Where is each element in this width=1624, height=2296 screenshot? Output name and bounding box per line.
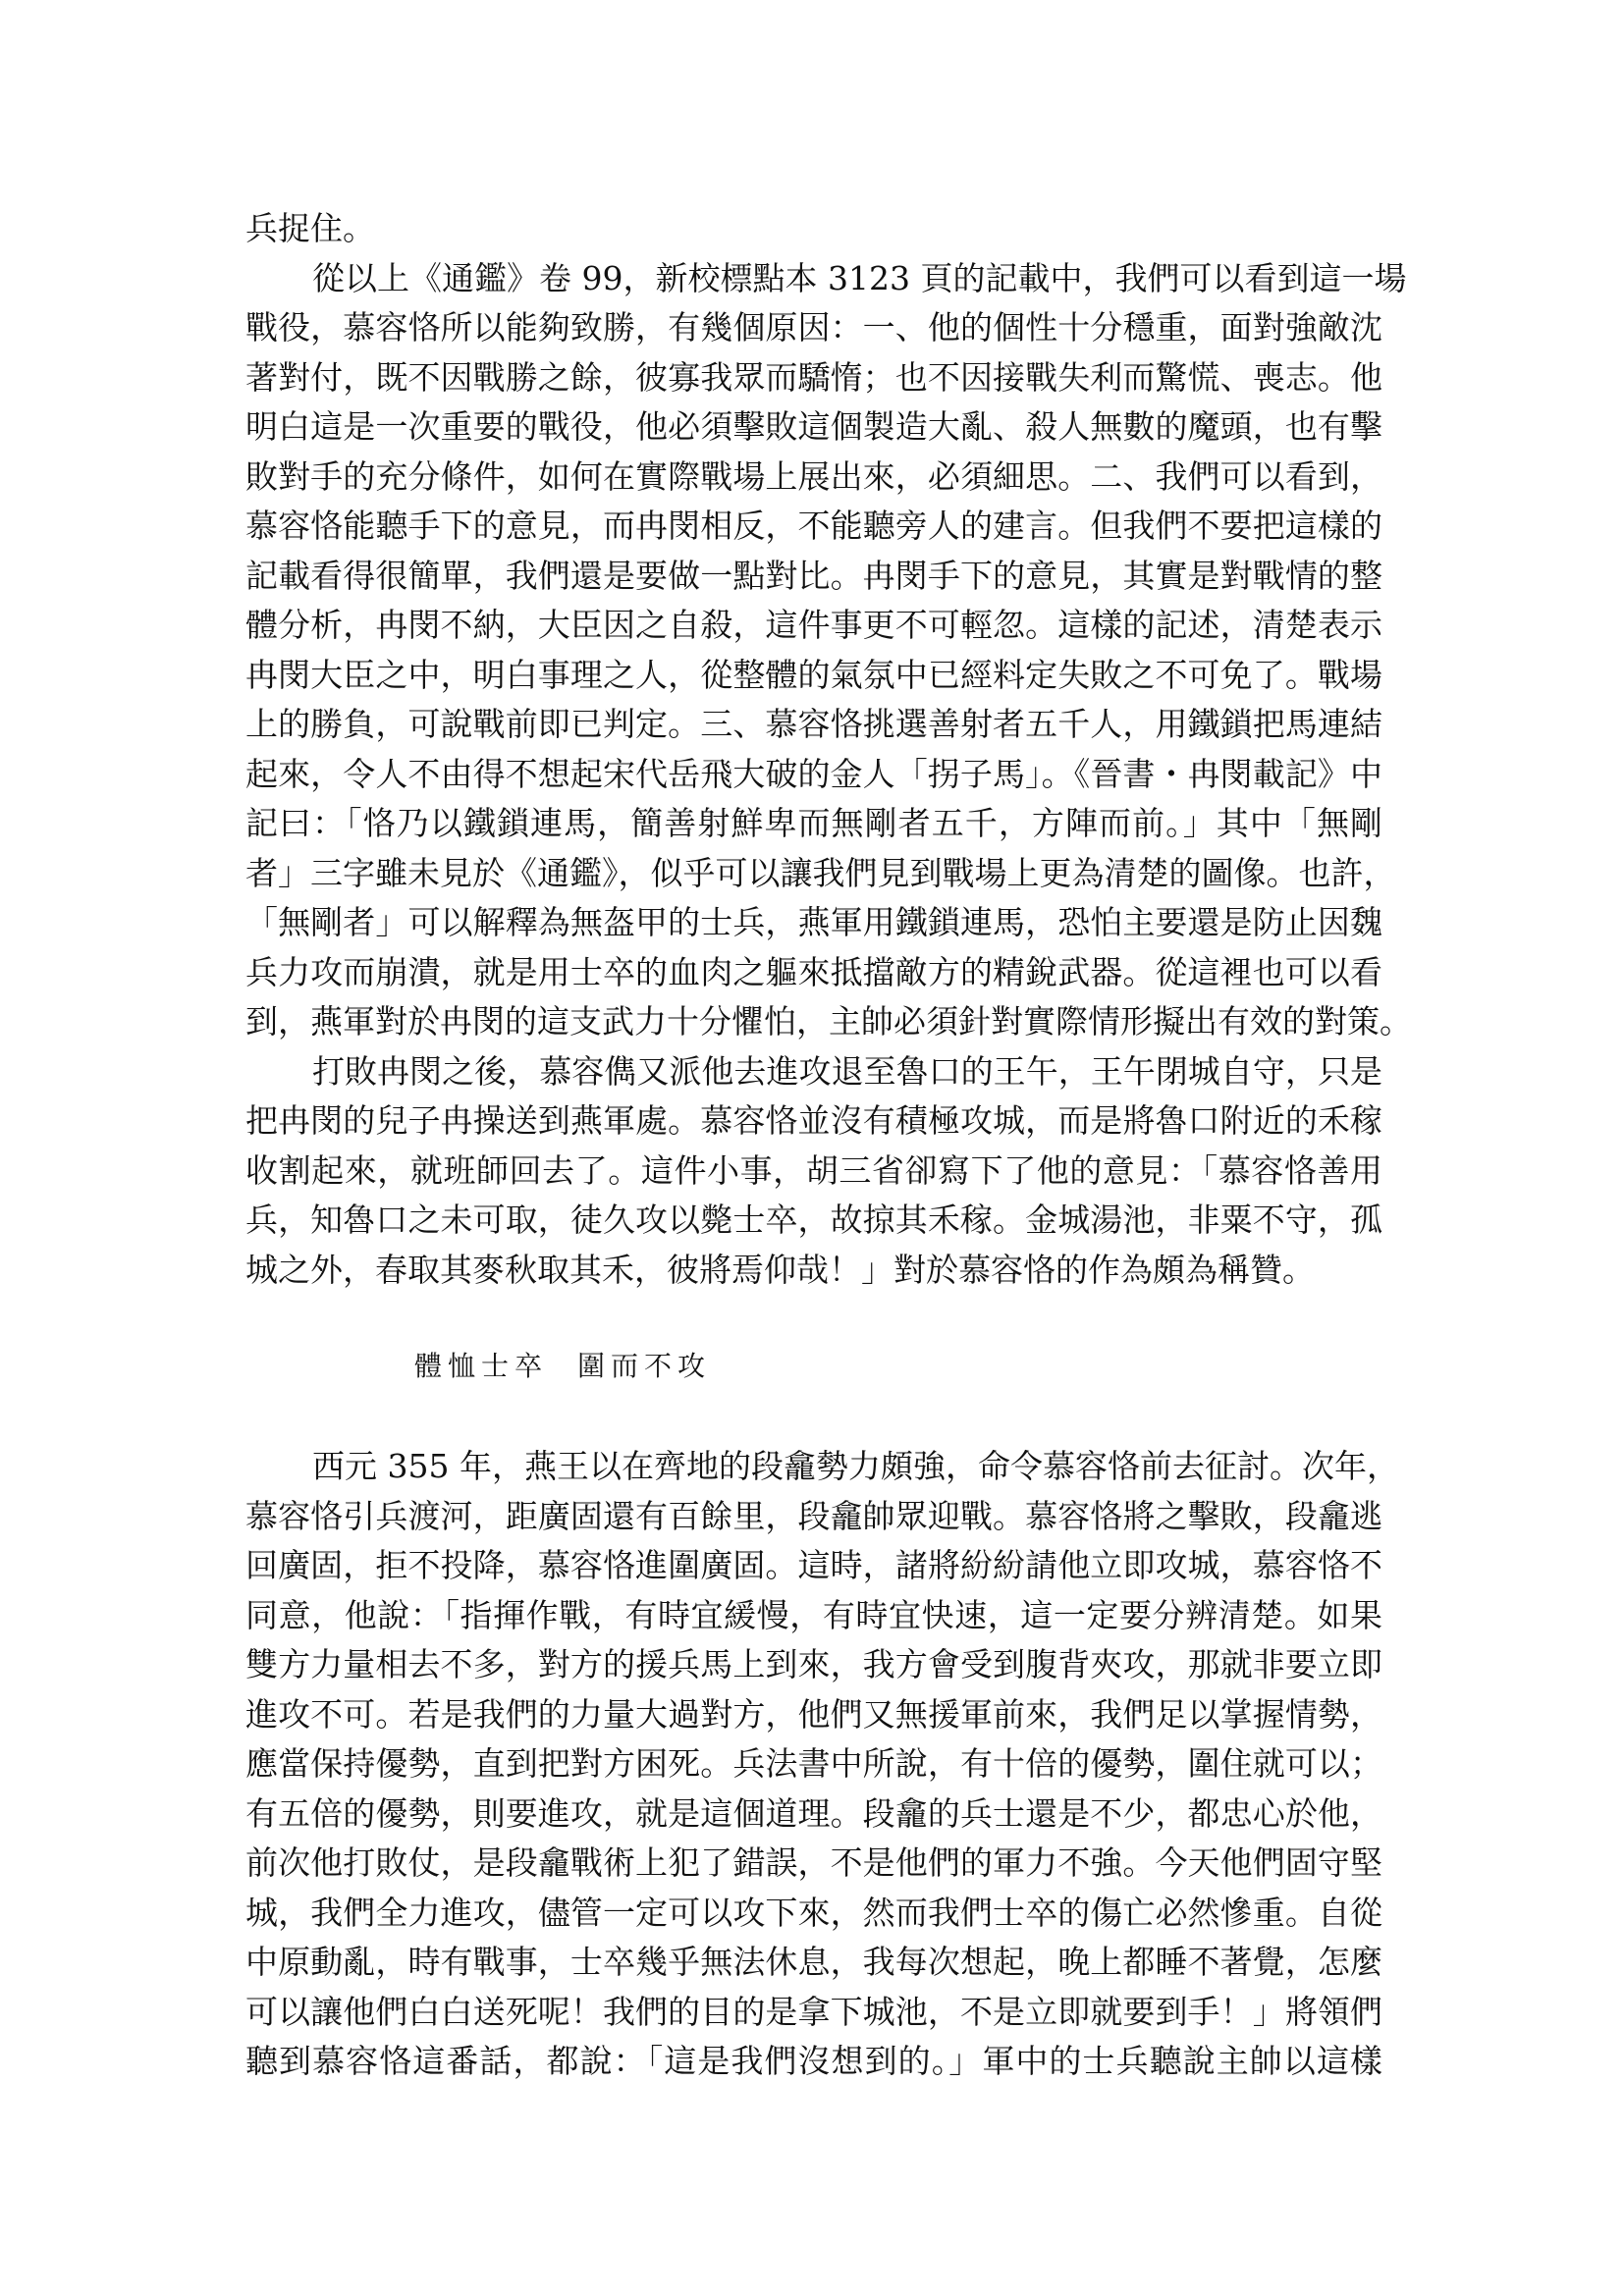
text-line: 回廣固，拒不投降，慕容恪進圍廣固。這時，諸將紛紛請他立即攻城，慕容恪不 bbox=[245, 1541, 1382, 1591]
text-line: 兵，知魯口之未可取，徒久攻以斃士卒，故掠其禾稼。金城湯池，非粟不守，孤 bbox=[245, 1196, 1382, 1246]
paragraph-guanggu: 西元 355 年，燕王以在齊地的段龕勢力頗強，命令慕容恪前去征討。次年， 慕容恪… bbox=[245, 1442, 1382, 2087]
text-line: 明白這是一次重要的戰役，他必須擊敗這個製造大亂、殺人無數的魔頭，也有擊 bbox=[245, 402, 1382, 453]
text-line: 「無剛者」可以解釋為無盔甲的士兵，燕軍用鐵鎖連馬，恐怕主要還是防止因魏 bbox=[245, 898, 1382, 948]
text-line: 到，燕軍對於冉閔的這支武力十分懼怕，主帥必須針對實際情形擬出有效的對策。 bbox=[245, 997, 1382, 1047]
text-line: 起來，令人不由得不想起宋代岳飛大破的金人「拐子馬」。《晉書・冉閔載記》中 bbox=[245, 750, 1382, 800]
text-line: 前次他打敗仗，是段龕戰術上犯了錯誤，不是他們的軍力不強。今天他們固守堅 bbox=[245, 1839, 1382, 1889]
section-heading: 體恤士卒圍而不攻 bbox=[245, 1342, 1382, 1391]
text-line: 體分析，冉閔不納，大臣因之自殺，這件事更不可輕忽。這樣的記述，清楚表示 bbox=[245, 601, 1382, 651]
text-line: 打敗冉閔之後，慕容儁又派他去進攻退至魯口的王午，王午閉城自守，只是 bbox=[245, 1047, 1382, 1097]
text-line: 進攻不可。若是我們的力量大過對方，他們又無援軍前來，我們足以掌握情勢， bbox=[245, 1690, 1382, 1740]
text-line: 雙方力量相去不多，對方的援兵馬上到來，我方會受到腹背夾攻，那就非要立即 bbox=[245, 1640, 1382, 1690]
text-line: 同意，他說：「指揮作戰，有時宜緩慢，有時宜快速，這一定要分辨清楚。如果 bbox=[245, 1591, 1382, 1641]
document-page: 兵捉住。 從以上《通鑑》卷 99，新校標點本 3123 頁的記載中，我們可以看到… bbox=[245, 204, 1382, 2087]
text-line: 慕容恪引兵渡河，距廣固還有百餘里，段龕帥眾迎戰。慕容恪將之擊敗，段龕逃 bbox=[245, 1492, 1382, 1542]
text-line: 慕容恪能聽手下的意見，而冉閔相反，不能聽旁人的建言。但我們不要把這樣的 bbox=[245, 502, 1382, 552]
text-line: 可以讓他們白白送死呢！我們的目的是拿下城池，不是立即就要到手！」將領們 bbox=[245, 1988, 1382, 2038]
text-line: 者」三字雖未見於《通鑑》，似乎可以讓我們見到戰場上更為清楚的圖像。也許， bbox=[245, 849, 1382, 899]
text-line: 西元 355 年，燕王以在齊地的段龕勢力頗強，命令慕容恪前去征討。次年， bbox=[245, 1442, 1382, 1492]
text-line: 應當保持優勢，直到把對方困死。兵法書中所說，有十倍的優勢，圍住就可以； bbox=[245, 1739, 1382, 1789]
text-line: 把冉閔的兒子冉操送到燕軍處。慕容恪並沒有積極攻城，而是將魯口附近的禾稼 bbox=[245, 1096, 1382, 1147]
paragraph-lukou: 打敗冉閔之後，慕容儁又派他去進攻退至魯口的王午，王午閉城自守，只是 把冉閔的兒子… bbox=[245, 1047, 1382, 1296]
text-line: 上的勝負，可說戰前即已判定。三、慕容恪挑選善射者五千人，用鐵鎖把馬連結 bbox=[245, 700, 1382, 750]
text-line: 城之外，春取其麥秋取其禾，彼將焉仰哉！」對於慕容恪的作為頗為稱贊。 bbox=[245, 1246, 1382, 1296]
text-line: 記曰：「恪乃以鐵鎖連馬，簡善射鮮卑而無剛者五千，方陣而前。」其中「無剛 bbox=[245, 799, 1382, 849]
text-line: 聽到慕容恪這番話，都說：「這是我們沒想到的。」軍中的士兵聽說主帥以這樣 bbox=[245, 2037, 1382, 2087]
text-line: 中原動亂，時有戰事，士卒幾乎無法休息，我每次想起，晚上都睡不著覺，怎麼 bbox=[245, 1938, 1382, 1988]
text-line: 敗對手的充分條件，如何在實際戰場上展出來，必須細思。二、我們可以看到， bbox=[245, 453, 1382, 503]
section-heading-left: 體恤士卒 bbox=[414, 1350, 548, 1382]
text-line: 收割起來，就班師回去了。這件小事，胡三省卻寫下了他的意見：「慕容恪善用 bbox=[245, 1147, 1382, 1197]
text-line: 記載看得很簡單，我們還是要做一點對比。冉閔手下的意見，其實是對戰情的整 bbox=[245, 552, 1382, 602]
paragraph-analysis: 從以上《通鑑》卷 99，新校標點本 3123 頁的記載中，我們可以看到這一場 戰… bbox=[245, 254, 1382, 1047]
continuation-text: 兵捉住。 bbox=[245, 204, 1382, 254]
text-line: 有五倍的優勢，則要進攻，就是這個道理。段龕的兵士還是不少，都忠心於他， bbox=[245, 1789, 1382, 1840]
section-heading-right: 圍而不攻 bbox=[577, 1350, 711, 1382]
text-line: 城，我們全力進攻，儘管一定可以攻下來，然而我們士卒的傷亡必然慘重。自從 bbox=[245, 1889, 1382, 1939]
text-line: 從以上《通鑑》卷 99，新校標點本 3123 頁的記載中，我們可以看到這一場 bbox=[245, 254, 1382, 304]
text-line: 戰役，慕容恪所以能夠致勝，有幾個原因：一、他的個性十分穩重，面對強敵沈 bbox=[245, 303, 1382, 353]
text-line: 兵力攻而崩潰，就是用士卒的血肉之軀來抵擋敵方的精銳武器。從這裡也可以看 bbox=[245, 948, 1382, 998]
text-line: 著對付，既不因戰勝之餘，彼寡我眾而驕惰；也不因接戰失利而驚慌、喪志。他 bbox=[245, 353, 1382, 403]
text-line: 冉閔大臣之中，明白事理之人，從整體的氣氛中已經料定失敗之不可免了。戰場 bbox=[245, 651, 1382, 701]
text-line: 兵捉住。 bbox=[245, 204, 1382, 254]
